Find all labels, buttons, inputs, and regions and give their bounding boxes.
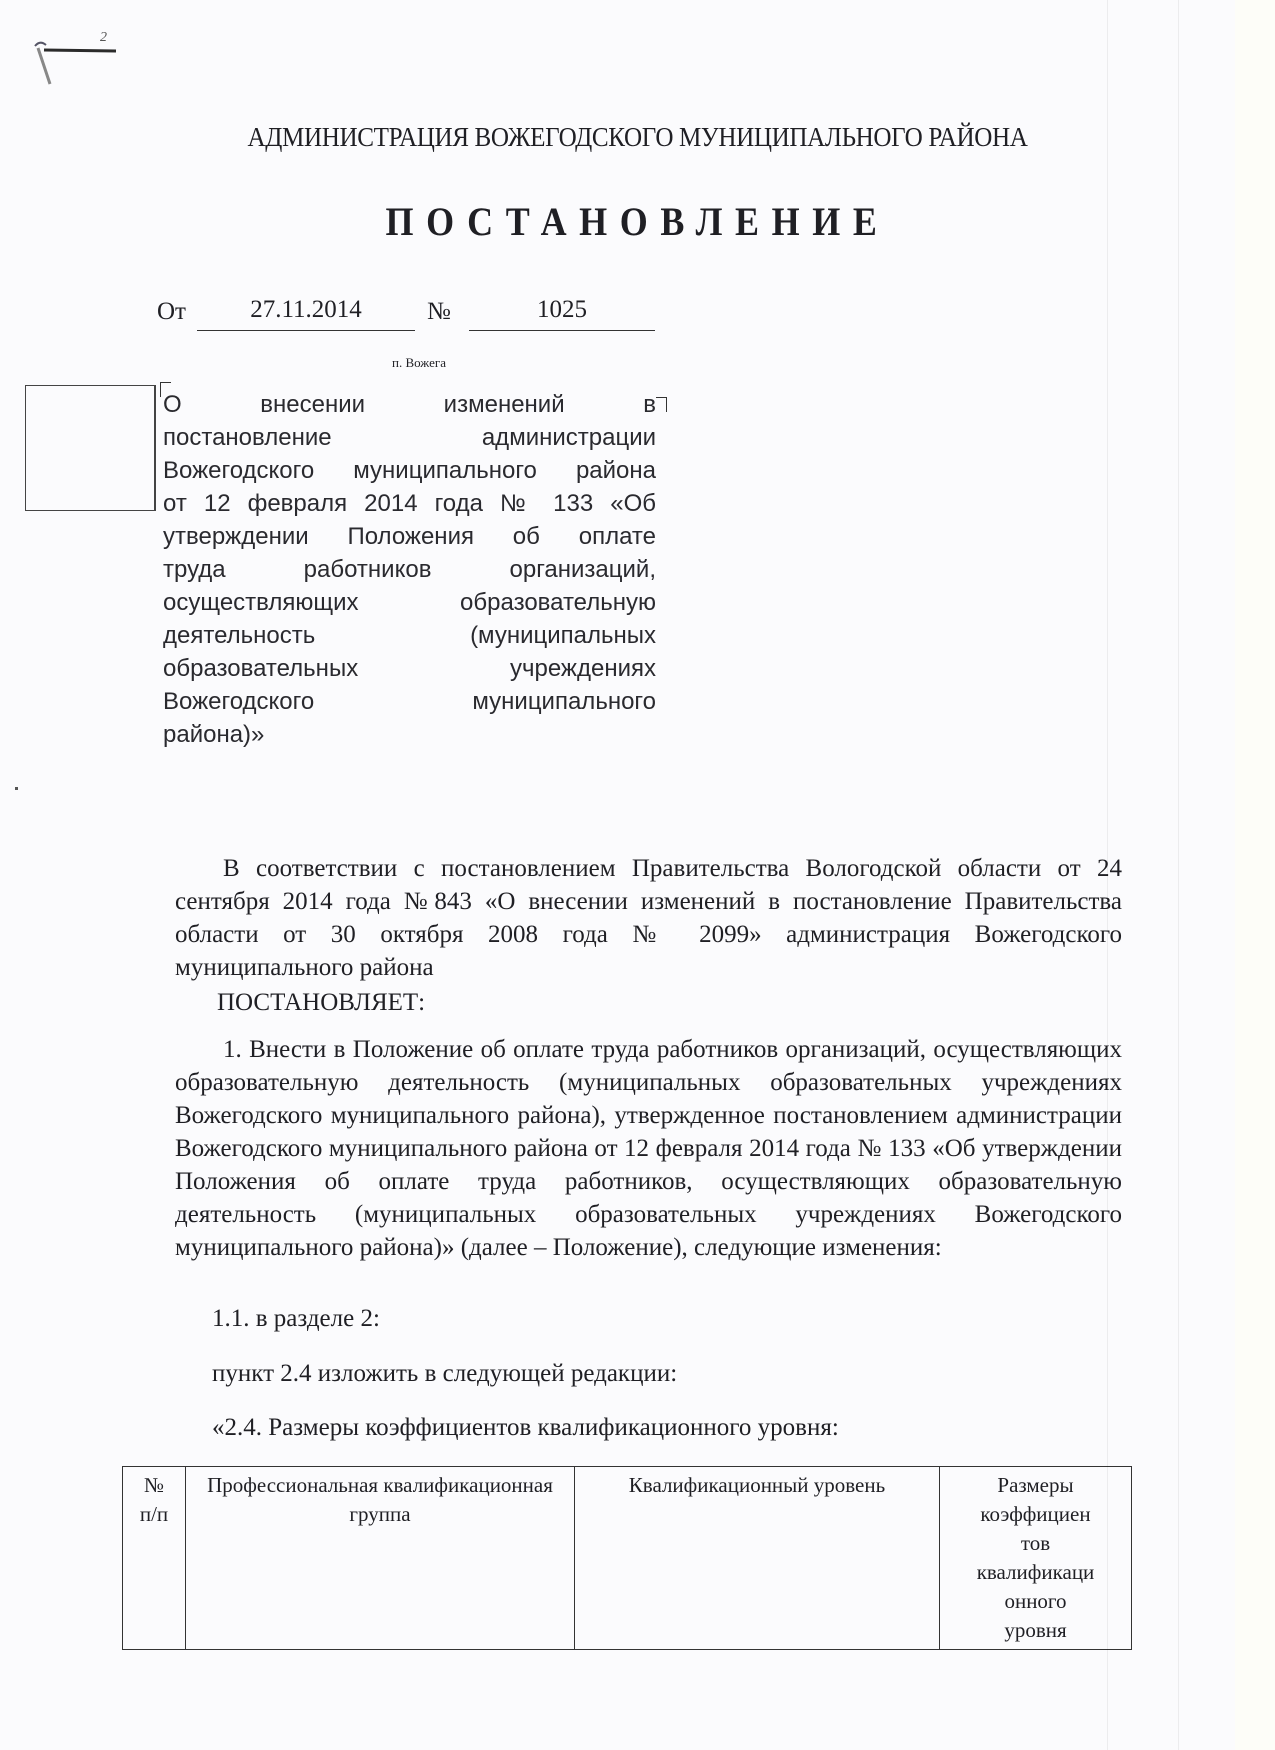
column-header-professional-group: Профессиональная квалификационная группа: [186, 1467, 575, 1650]
clause-1-1: 1.1. в разделе 2:: [212, 1305, 380, 1333]
column-header-coefficient-size: Размеры коэффициен тов квалификаци онног…: [940, 1467, 1132, 1650]
registration-stamp-box: [25, 385, 156, 511]
subject-line: утверждении Положения об оплате: [163, 520, 656, 553]
scan-artifact-line: [1107, 0, 1108, 1750]
preamble: В соответствии с постановлением Правител…: [175, 852, 1122, 1019]
clause-1: 1. Внести в Положение об оплате труда ра…: [175, 1033, 1122, 1264]
subject-line: от 12 февраля 2014 года № 133 «Об: [163, 487, 656, 520]
number-label: №: [427, 298, 451, 326]
subject-line: Вожегодского муниципального района: [163, 454, 656, 487]
subject-line: постановление администрации: [163, 421, 656, 454]
organization-title: АДМИНИСТРАЦИЯ ВОЖЕГОДСКОГО МУНИЦИПАЛЬНОГ…: [45, 122, 1231, 153]
subject-line: района)»: [163, 718, 656, 751]
page-edge: [1235, 0, 1275, 1750]
column-header-number: № п/п: [123, 1467, 186, 1650]
document-place: п. Вожега: [392, 355, 446, 371]
preamble-text: В соответствии с постановлением Правител…: [175, 852, 1122, 984]
document-type-title: ПОСТАНОВЛЕНИЕ: [64, 198, 1212, 245]
document-number: 1025: [469, 296, 655, 331]
corner-handwritten-mark: 2: [100, 30, 107, 46]
scan-dot: [15, 787, 18, 790]
document-subject: О внесении изменений в постановление адм…: [163, 388, 656, 751]
document-date: 27.11.2014: [197, 296, 415, 331]
subject-line: труда работников организаций,: [163, 553, 656, 586]
subject-line: осуществляющих образовательную: [163, 586, 656, 619]
date-label: От: [157, 298, 186, 326]
subject-line: О внесении изменений в: [163, 388, 656, 421]
clause-1-1-quote: «2.4. Размеры коэффициентов квалификацио…: [212, 1414, 839, 1442]
table-header-row: № п/п Профессиональная квалификационная …: [123, 1467, 1132, 1650]
subject-line: деятельность (муниципальных: [163, 619, 656, 652]
clause-1-1-point: пункт 2.4 изложить в следующей редакции:: [212, 1360, 677, 1388]
column-header-qualification-level: Квалификационный уровень: [575, 1467, 940, 1650]
qualification-coefficients-table: № п/п Профессиональная квалификационная …: [122, 1466, 1132, 1650]
subject-line: Вожегодского муниципального: [163, 685, 656, 718]
document-page: 2 АДМИНИСТРАЦИЯ ВОЖЕГОДСКОГО МУНИЦИПАЛЬН…: [0, 0, 1235, 1750]
subject-bracket-right: [656, 397, 667, 412]
subject-line: образовательных учреждениях: [163, 652, 656, 685]
clause-1-text: 1. Внести в Положение об оплате труда ра…: [175, 1033, 1122, 1264]
decree-word: ПОСТАНОВЛЯЕТ:: [175, 986, 1122, 1019]
scan-artifact-line: [1178, 0, 1179, 1750]
